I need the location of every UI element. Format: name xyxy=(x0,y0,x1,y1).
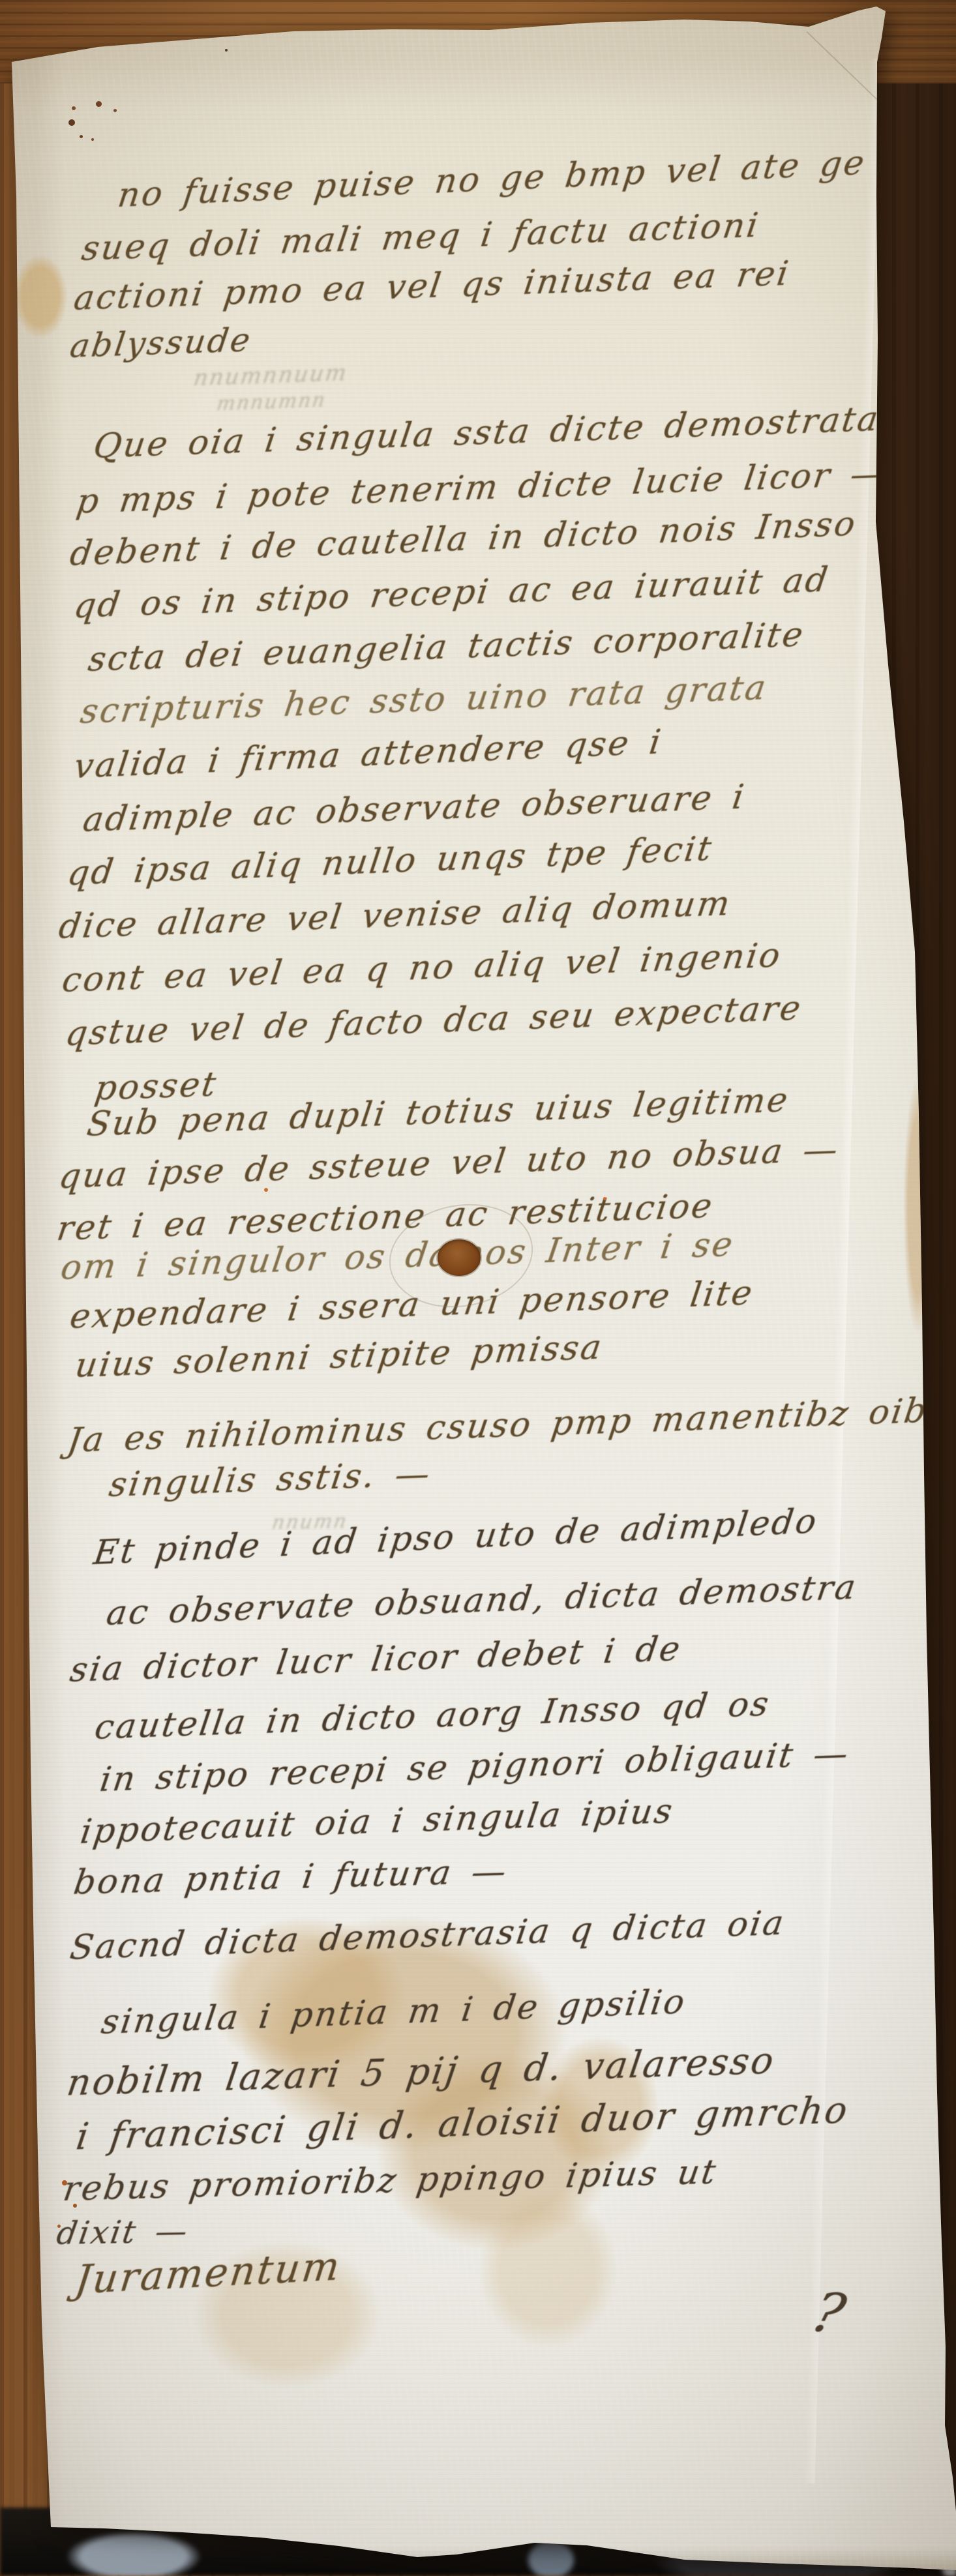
wormhole xyxy=(438,1239,481,1276)
ink-line-para-2-8: adimple ac observate obseruare i xyxy=(81,778,749,840)
ink-line-para-2-11: cont ea vel ea q no aliq vel ingenio xyxy=(60,936,784,1000)
ink-speck-11 xyxy=(73,2204,77,2208)
ink-line-para-3-6: uius solenni stipite pmissa xyxy=(73,1328,606,1386)
ink-speck-6 xyxy=(91,138,94,141)
manuscript-photo: nnumnnuummnnumnnnnumn no fuisse puise no… xyxy=(0,0,956,2576)
ink-line-para-5-2: ac observate obsuand, dicta demostra xyxy=(104,1568,860,1634)
ink-line-para-6-2: singula i pntia m i de gpsilio xyxy=(99,1983,689,2043)
ink-line-para-5-3: sia dictor lucr licor debet i de xyxy=(68,1629,685,1690)
ink-line-para-5-6: ippotecauit oia i singula ipius xyxy=(78,1792,677,1852)
ink-line-para-2-10: dice allare vel venise aliq domum xyxy=(57,884,734,947)
ink-speck-12 xyxy=(57,2225,61,2228)
ink-line-para-5-5: in stipo recepi se pignori obligauit — xyxy=(98,1734,852,1799)
ink-line-para-5-4: cautella in dicto aorg Insso qd os xyxy=(93,1685,773,1747)
paper-corner-crease xyxy=(807,31,878,100)
ink-line-para-6-1: Sacnd dicta demostrasia q dicta oia xyxy=(68,1904,788,1968)
ink-line-signature-1: Juramentum xyxy=(72,2243,344,2303)
ink-line-para-2-7: valida i firma attendere qse i xyxy=(72,722,665,786)
ink-line-para-1-4: ablyssude xyxy=(68,321,254,365)
ink-speck-8 xyxy=(264,1188,268,1192)
ink-speck-9 xyxy=(603,1197,606,1200)
ink-speck-2 xyxy=(72,106,76,110)
ink-line-para-6-5: rebus promioribz ppingo ipius ut xyxy=(61,2153,720,2209)
ink-line-para-2-6: scripturis hec ssto uino rata grata xyxy=(78,668,770,732)
paper-stain-8 xyxy=(899,1037,938,1376)
paper-shadow-wrap: nnumnnuummnnumnnnnumn no fuisse puise no… xyxy=(0,0,956,2576)
ink-line-para-2-12: qstue vel de facto dca seu expectare xyxy=(63,989,805,1054)
ink-line-para-5-7: bona pntia i futura — xyxy=(71,1852,511,1903)
ink-line-para-2-9: qd ipsa aliq nullo unqs tpe fecit xyxy=(65,829,716,893)
ink-speck-3 xyxy=(113,109,117,112)
ink-line-para-2-1: Que oia i singula ssta dicte demostrata xyxy=(91,400,883,466)
ink-line-para-2-5: scta dei euangelia tactis corporalite xyxy=(86,615,807,680)
ink-line-para-5-1: Et pinde i ad ipso uto de adimpledo xyxy=(91,1502,820,1573)
ghost-line-2: mnnumnn xyxy=(215,389,327,415)
ink-line-para-6-6: dixit — xyxy=(54,2213,192,2252)
ink-speck-1 xyxy=(96,101,102,107)
ghost-line-1: nnumnnuum xyxy=(192,360,349,391)
ink-speck-7 xyxy=(225,49,228,52)
ink-line-para-2-4: qd os in stipo recepi ac ea iurauit ad xyxy=(72,561,832,627)
manuscript-paper: nnumnnuummnnumnnnnumn no fuisse puise no… xyxy=(0,0,956,2576)
paper-stain-7 xyxy=(5,241,76,352)
ink-line-para-1-1: no fuisse puise no ge bmp vel ate ge xyxy=(115,143,869,215)
ink-speck-4 xyxy=(68,119,75,126)
ink-speck-10 xyxy=(62,2180,67,2185)
ink-line-para-4-2: singulis sstis. — xyxy=(107,1455,434,1505)
ink-speck-5 xyxy=(80,135,83,138)
ink-line-para-4-1: Ja es nihilominus csuso pmp manentibz oi… xyxy=(65,1391,951,1460)
